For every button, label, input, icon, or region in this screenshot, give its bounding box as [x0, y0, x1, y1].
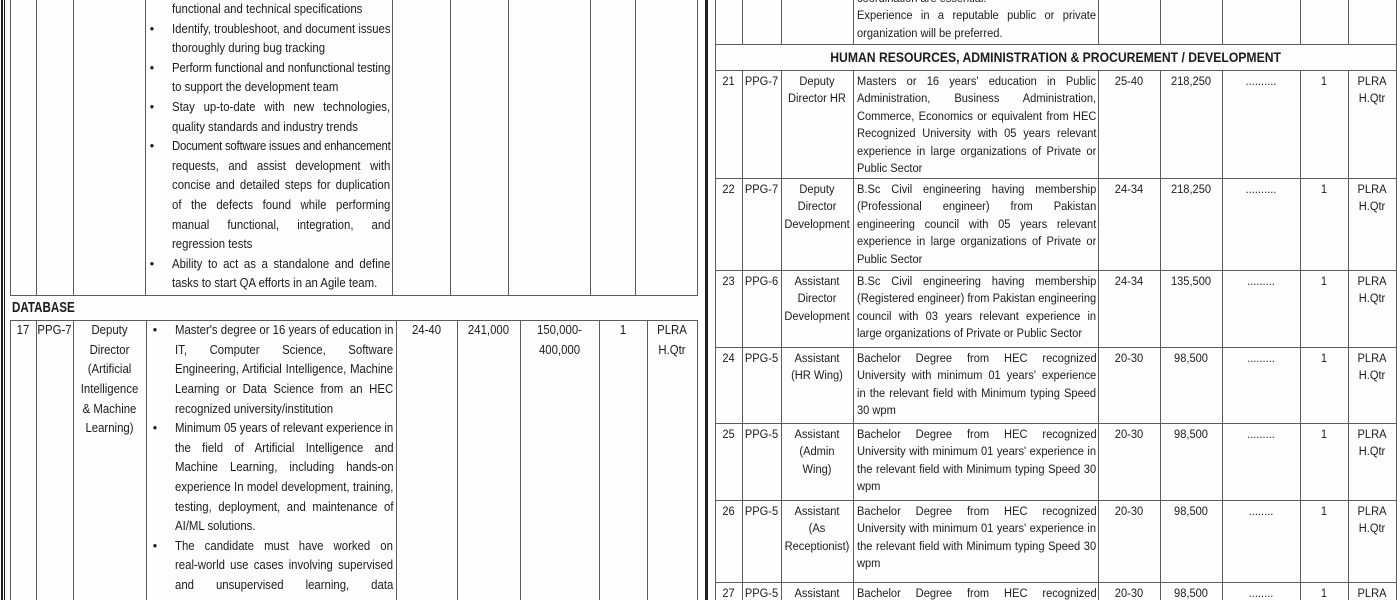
cell-age-limit: 20-30 [1098, 500, 1160, 582]
cell-number-of-posts: 1 [1300, 70, 1348, 178]
cell-qualification: Masters or 16 years' education in Public… [853, 70, 1098, 178]
qualification-line: to support the development team [172, 78, 390, 98]
cell-place-of-posting: PLRAH.Qtr [1348, 70, 1396, 178]
qualification-line: Minimum 05 years of relevant experience … [175, 419, 393, 439]
cell-pay-grade: PPG-7 [742, 70, 781, 178]
age-limit-text: 20-30 [1098, 503, 1160, 521]
bullet-icon [148, 20, 156, 40]
cell-number-of-posts: 1 [1300, 178, 1348, 270]
cell-serial-number: 24 [715, 347, 742, 423]
section-title-database: DATABASE [12, 296, 124, 320]
bullet-icon [148, 137, 156, 157]
qualification-line: tasks to start QA efforts in an Agile te… [172, 274, 390, 294]
qualification-line: of the defects found while performing [172, 196, 390, 216]
place-of-posting-text: PLRA [1348, 503, 1396, 521]
pay-grade-text: PPG-7 [742, 73, 781, 91]
cell-place-of-posting: PLRAH.Qtr [1348, 178, 1396, 270]
cell-pay-grade: PPG-5 [742, 423, 781, 500]
place-of-posting-text: H.Qtr [1348, 443, 1396, 461]
cell-post-title: Assistant [781, 582, 853, 600]
cell-salary: 98,500 [1160, 347, 1222, 423]
cell-serial-number: 23 [715, 270, 742, 347]
cell-number-of-posts [590, 0, 635, 295]
salary-text: 241,000 [457, 321, 520, 341]
post-title-text: (Admin [781, 443, 853, 461]
cell-qualification: coordination are essential.Experience in… [853, 0, 1098, 44]
cell-serial-number [715, 0, 742, 44]
salary-text: 218,250 [1160, 181, 1222, 199]
cell-age-limit [1098, 0, 1160, 44]
pay-grade-text: PPG-6 [742, 273, 781, 291]
post-title-text: Deputy [781, 73, 853, 91]
cell-place-of-posting [635, 0, 697, 295]
post-title-text: (Artificial [73, 360, 146, 380]
cell-post-title: DeputyDirector HR [781, 70, 853, 178]
pay-grade-text: PPG-5 [742, 426, 781, 444]
cell-salary-range [508, 0, 590, 295]
cell-salary-range: 150,000-400,000 [520, 320, 599, 600]
qualification-line: large organizations of Private or Public… [857, 325, 1096, 343]
cell-qualification: Bachelor Degree from HEC recognizedUnive… [853, 347, 1098, 423]
place-of-posting-text: PLRA [1348, 426, 1396, 444]
qualification-line: real-world use cases involving supervise… [175, 556, 393, 576]
cell-qualification: B.Sc Civil engineering having membership… [853, 178, 1098, 270]
post-title-text: Deputy [73, 321, 146, 341]
qualification-line: the relevant field with Minimum typing S… [857, 538, 1096, 556]
cell-age-limit: 24-34 [1098, 178, 1160, 270]
cell-post-title: Assistant(HR Wing) [781, 347, 853, 423]
cell-qualification: Master's degree or 16 years of education… [146, 320, 396, 600]
pay-grade-text: PPG-5 [742, 350, 781, 368]
age-limit-text: 24-34 [1098, 181, 1160, 199]
qualification-line: University with minimum 01 years' experi… [857, 443, 1096, 461]
number-of-posts-text: 1 [1300, 585, 1348, 600]
place-of-posting-text: PLRA [647, 321, 697, 341]
number-of-posts-text: 1 [599, 321, 647, 341]
cell-age-limit: 24-40 [396, 320, 457, 600]
serial-number-text: 24 [715, 350, 742, 368]
salary-range-text: ......... [1222, 426, 1300, 444]
cell-place-of-posting: PLRAH.Qtr [1348, 270, 1396, 347]
column-divider [1396, 0, 1397, 44]
qualification-line: Bachelor Degree from HEC recognized [857, 503, 1096, 521]
qualification-line: Engineering, Artificial Intelligence, Ma… [175, 360, 393, 380]
bullet-icon [151, 321, 159, 341]
cell-pay-grade: PPG-5 [742, 500, 781, 582]
salary-text: 98,500 [1160, 350, 1222, 368]
post-title-text: Intelligence [73, 380, 146, 400]
post-title-text: Assistant [781, 350, 853, 368]
column-divider [697, 320, 698, 600]
cell-age-limit [392, 0, 450, 295]
number-of-posts-text: 1 [1300, 273, 1348, 291]
cell-serial-number: 25 [715, 423, 742, 500]
cell-qualification: B.Sc Civil engineering having membership… [853, 270, 1098, 347]
post-title-text: Assistant [781, 426, 853, 444]
post-title-text: Learning) [73, 419, 146, 439]
place-of-posting-text: H.Qtr [1348, 520, 1396, 538]
job-row: 27PPG-5AssistantBachelor Degree from HEC… [715, 582, 1397, 600]
section-title-hr-admin-procurement: HUMAN RESOURCES, ADMINISTRATION & PROCUR… [715, 44, 1396, 70]
qualification-line: B.Sc Civil engineering having membership [857, 273, 1096, 291]
qualification-line: Recognized University with 05 years rele… [857, 125, 1096, 143]
cell-salary [450, 0, 508, 295]
qualification-line: experience in large organizations of Pri… [857, 233, 1096, 251]
qualification-line: The candidate must have worked on [175, 537, 393, 557]
cell-salary: 98,500 [1160, 423, 1222, 500]
cell-place-of-posting: PLRAH.Qtr [1348, 347, 1396, 423]
qualification-line: organization will be preferred. [857, 25, 1096, 43]
qualification-line: the relevant field with Minimum typing S… [857, 461, 1096, 479]
qualification-line: experience in large organizations of Pri… [857, 143, 1096, 161]
cell-post-title: Assistant(AsReceptionist) [781, 500, 853, 582]
job-row: 26PPG-5Assistant(AsReceptionist)Bachelor… [715, 500, 1397, 582]
qualification-line: Perform functional and nonfunctional tes… [172, 59, 390, 79]
qualification-line: (Registered engineer) from Pakistan engi… [857, 290, 1096, 308]
cell-salary: 98,500 [1160, 582, 1222, 600]
qualification-line: Administration, Business Administration, [857, 90, 1096, 108]
post-title-text: Assistant [781, 503, 853, 521]
post-title-text: Director [73, 341, 146, 361]
serial-number-text: 17 [10, 321, 36, 341]
post-title-text: Director [781, 198, 853, 216]
qualification-line: Machine Learning, including hands-on [175, 458, 393, 478]
cell-pay-grade: PPG-5 [742, 347, 781, 423]
cell-number-of-posts: 1 [1300, 347, 1348, 423]
serial-number-text: 26 [715, 503, 742, 521]
qualification-line: University with minimum 01 years' experi… [857, 520, 1096, 538]
salary-range-text: .......... [1222, 73, 1300, 91]
bullet-icon [148, 98, 156, 118]
bullet-icon [148, 59, 156, 79]
cell-qualification: Bachelor Degree from HEC recognized [853, 582, 1098, 600]
qualification-line: concise and detailed steps for duplicati… [172, 176, 390, 196]
post-title-text: Director HR [781, 90, 853, 108]
qualification-line: functional and technical specifications [172, 0, 390, 20]
cell-age-limit: 24-34 [1098, 270, 1160, 347]
qualification-line: thoroughly during bug tracking [172, 39, 390, 59]
bullet-icon [151, 419, 159, 439]
job-row: 23PPG-6AssistantDirectorDevelopmentB.Sc … [715, 270, 1397, 347]
salary-range-text: ........ [1222, 585, 1300, 600]
place-of-posting-text: PLRA [1348, 273, 1396, 291]
qualification-line: wpm [857, 555, 1096, 573]
page-column-separator [705, 0, 708, 600]
cell-post-title: Assistant(AdminWing) [781, 423, 853, 500]
post-title-text: (HR Wing) [781, 367, 853, 385]
column-divider [1396, 582, 1397, 600]
page-border-left-inner [4, 0, 5, 600]
salary-text: 135,500 [1160, 273, 1222, 291]
salary-text: 98,500 [1160, 503, 1222, 521]
number-of-posts-text: 1 [1300, 503, 1348, 521]
cell-salary-range [1222, 0, 1300, 44]
section-header-band: HUMAN RESOURCES, ADMINISTRATION & PROCUR… [715, 44, 1397, 71]
place-of-posting-text: H.Qtr [1348, 290, 1396, 308]
job-row: 17PPG-7DeputyDirector(ArtificialIntellig… [10, 320, 698, 600]
place-of-posting-text: H.Qtr [647, 341, 697, 361]
cell-number-of-posts: 1 [1300, 270, 1348, 347]
cell-number-of-posts: 1 [1300, 582, 1348, 600]
qualification-line: 30 wpm [857, 402, 1096, 420]
age-limit-text: 24-34 [1098, 273, 1160, 291]
qualification-line: B.Sc Civil engineering having membership [857, 181, 1096, 199]
qualification-line: Public Sector [857, 160, 1096, 178]
age-limit-text: 20-30 [1098, 350, 1160, 368]
qualification-line: manual functional, integration, and [172, 216, 390, 236]
qualification-line: experience In model development, trainin… [175, 478, 393, 498]
salary-text: 98,500 [1160, 585, 1222, 600]
qualification-line: Learning or Data Science from an HEC [175, 380, 393, 400]
salary-text: 98,500 [1160, 426, 1222, 444]
qualification-line: quality standards and industry trends [172, 118, 390, 138]
cell-salary: 218,250 [1160, 70, 1222, 178]
salary-range-text: ......... [1222, 350, 1300, 368]
job-row: 21PPG-7DeputyDirector HRMasters or 16 ye… [715, 70, 1397, 178]
cell-serial-number [10, 0, 36, 295]
cell-post-title [73, 0, 145, 295]
cell-post-title [781, 0, 853, 44]
qualification-line: Document software issues and enhancement [172, 137, 390, 157]
qualification-line: wpm [857, 478, 1096, 496]
serial-number-text: 23 [715, 273, 742, 291]
job-row: 25PPG-5Assistant(AdminWing)Bachelor Degr… [715, 423, 1397, 500]
number-of-posts-text: 1 [1300, 73, 1348, 91]
cell-serial-number: 26 [715, 500, 742, 582]
column-divider [1396, 500, 1397, 582]
post-title-text: (As [781, 520, 853, 538]
pay-grade-text: PPG-5 [742, 585, 781, 600]
cell-salary [1160, 0, 1222, 44]
cell-post-title: DeputyDirectorDevelopment [781, 178, 853, 270]
place-of-posting-text: H.Qtr [1348, 90, 1396, 108]
qualification-line: testing, deployment, and maintenance of [175, 498, 393, 518]
cell-salary-range: .......... [1222, 70, 1300, 178]
post-title-text: Director [781, 290, 853, 308]
pay-grade-text: PPG-7 [36, 321, 73, 341]
qualification-line: and unsupervised learning, data [175, 576, 393, 596]
job-row: 22PPG-7DeputyDirectorDevelopmentB.Sc Civ… [715, 178, 1397, 270]
salary-range-text: .......... [1222, 181, 1300, 199]
column-divider [1396, 70, 1397, 178]
qualification-line: council with 03 years relevant experienc… [857, 308, 1096, 326]
qualification-line: Commerce, Economics or equivalent from H… [857, 108, 1096, 126]
cell-place-of-posting [1348, 0, 1396, 44]
cell-place-of-posting: PLRAH.Qtr [647, 320, 697, 600]
qualification-line: Bachelor Degree from HEC recognized [857, 350, 1096, 368]
qualification-line: University with minimum 01 years' experi… [857, 367, 1096, 385]
cell-number-of-posts: 1 [599, 320, 647, 600]
place-of-posting-text: PLRA [1348, 181, 1396, 199]
salary-text: 218,250 [1160, 73, 1222, 91]
column-divider [697, 0, 698, 295]
cell-qualification: Bachelor Degree from HEC recognizedUnive… [853, 500, 1098, 582]
place-of-posting-text: PLRA [1348, 585, 1396, 600]
qualification-line: engineering council with 05 years releva… [857, 216, 1096, 234]
age-limit-text: 24-40 [396, 321, 457, 341]
column-divider [1396, 423, 1397, 500]
serial-number-text: 21 [715, 73, 742, 91]
place-of-posting-text: H.Qtr [1348, 198, 1396, 216]
cell-serial-number: 21 [715, 70, 742, 178]
column-divider [1396, 270, 1397, 347]
job-row-continued: coordination are essential.Experience in… [715, 0, 1397, 44]
place-of-posting-text: PLRA [1348, 73, 1396, 91]
bullet-icon [151, 537, 159, 557]
salary-range-text: ........ [1222, 503, 1300, 521]
cell-salary-range: ......... [1222, 347, 1300, 423]
cell-salary: 98,500 [1160, 500, 1222, 582]
qualification-line: regression tests [172, 235, 390, 255]
cell-salary-range: ......... [1222, 270, 1300, 347]
post-title-text: Deputy [781, 181, 853, 199]
cell-age-limit: 20-30 [1098, 582, 1160, 600]
qualification-line: Experience in a reputable public or priv… [857, 7, 1096, 25]
cell-qualification: functional and technical specificationsI… [145, 0, 392, 295]
cell-serial-number: 17 [10, 320, 36, 600]
age-limit-text: 25-40 [1098, 73, 1160, 91]
cell-place-of-posting: PLRAH.Qtr [1348, 500, 1396, 582]
cell-age-limit: 20-30 [1098, 347, 1160, 423]
salary-range-text: ......... [1222, 273, 1300, 291]
number-of-posts-text: 1 [1300, 350, 1348, 368]
cell-post-title: DeputyDirector(ArtificialIntelligence& M… [73, 320, 146, 600]
page-border-left-outer [1, 0, 3, 600]
qualification-line: requests, and assist development with [172, 157, 390, 177]
pay-grade-text: PPG-7 [742, 181, 781, 199]
post-title-text: Assistant [781, 273, 853, 291]
cell-serial-number: 27 [715, 582, 742, 600]
cell-pay-grade: PPG-5 [742, 582, 781, 600]
post-title-text: Assistant [781, 585, 853, 600]
post-title-text: Wing) [781, 461, 853, 479]
job-row-continued: functional and technical specificationsI… [10, 0, 698, 295]
post-title-text: Development [781, 216, 853, 234]
cell-number-of-posts: 1 [1300, 423, 1348, 500]
cell-salary: 241,000 [457, 320, 520, 600]
qualification-line: the field of Artificial Intelligence and [175, 439, 393, 459]
cell-salary: 218,250 [1160, 178, 1222, 270]
qualification-line: Master's degree or 16 years of education… [175, 321, 393, 341]
cell-age-limit: 25-40 [1098, 70, 1160, 178]
cell-serial-number: 22 [715, 178, 742, 270]
age-limit-text: 20-30 [1098, 426, 1160, 444]
cell-salary-range: ........ [1222, 582, 1300, 600]
qualification-line: Masters or 16 years' education in Public [857, 73, 1096, 91]
qualification-line: Public Sector [857, 251, 1096, 269]
number-of-posts-text: 1 [1300, 181, 1348, 199]
job-row: 24PPG-5Assistant(HR Wing)Bachelor Degree… [715, 347, 1397, 423]
cell-pay-grade: PPG-7 [36, 320, 73, 600]
qualification-line: in the relevant field with Minimum typin… [857, 385, 1096, 403]
cell-salary: 135,500 [1160, 270, 1222, 347]
salary-range-text: 150,000- [520, 321, 599, 341]
qualification-line: coordination are essential. [857, 0, 1096, 7]
number-of-posts-text: 1 [1300, 426, 1348, 444]
cell-number-of-posts: 1 [1300, 500, 1348, 582]
job-advertisement-page: DATABASE HUMAN RESOURCES, ADMINISTRATION… [0, 0, 1400, 600]
cell-pay-grade [36, 0, 73, 295]
cell-place-of-posting: PLRA [1348, 582, 1396, 600]
column-divider [1396, 178, 1397, 270]
qualification-line: AI/ML solutions. [175, 517, 393, 537]
qualification-line: Ability to act as a standalone and defin… [172, 255, 390, 275]
cell-post-title: AssistantDirectorDevelopment [781, 270, 853, 347]
cell-salary-range: ........ [1222, 500, 1300, 582]
qualification-line: (Professional engineer) from Pakistan [857, 198, 1096, 216]
cell-pay-grade: PPG-6 [742, 270, 781, 347]
cell-number-of-posts [1300, 0, 1348, 44]
cell-salary-range: .......... [1222, 178, 1300, 270]
cell-salary-range: ......... [1222, 423, 1300, 500]
cell-qualification: Bachelor Degree from HEC recognizedUnive… [853, 423, 1098, 500]
cell-place-of-posting: PLRAH.Qtr [1348, 423, 1396, 500]
post-title-text: Receptionist) [781, 538, 853, 556]
salary-range-text: 400,000 [520, 341, 599, 361]
qualification-line: Stay up-to-date with new technologies, [172, 98, 390, 118]
pay-grade-text: PPG-5 [742, 503, 781, 521]
cell-pay-grade [742, 0, 781, 44]
post-title-text: & Machine [73, 400, 146, 420]
qualification-line: recognized university/institution [175, 400, 393, 420]
column-divider [1396, 347, 1397, 423]
post-title-text: Development [781, 308, 853, 326]
age-limit-text: 20-30 [1098, 585, 1160, 600]
serial-number-text: 22 [715, 181, 742, 199]
place-of-posting-text: PLRA [1348, 350, 1396, 368]
serial-number-text: 25 [715, 426, 742, 444]
qualification-line: Bachelor Degree from HEC recognized [857, 585, 1096, 600]
qualification-line: Identify, troubleshoot, and document iss… [172, 20, 390, 40]
cell-age-limit: 20-30 [1098, 423, 1160, 500]
qualification-line: IT, Computer Science, Software [175, 341, 393, 361]
place-of-posting-text: H.Qtr [1348, 367, 1396, 385]
cell-pay-grade: PPG-7 [742, 178, 781, 270]
qualification-line: Bachelor Degree from HEC recognized [857, 426, 1096, 444]
serial-number-text: 27 [715, 585, 742, 600]
bullet-icon [148, 255, 156, 275]
